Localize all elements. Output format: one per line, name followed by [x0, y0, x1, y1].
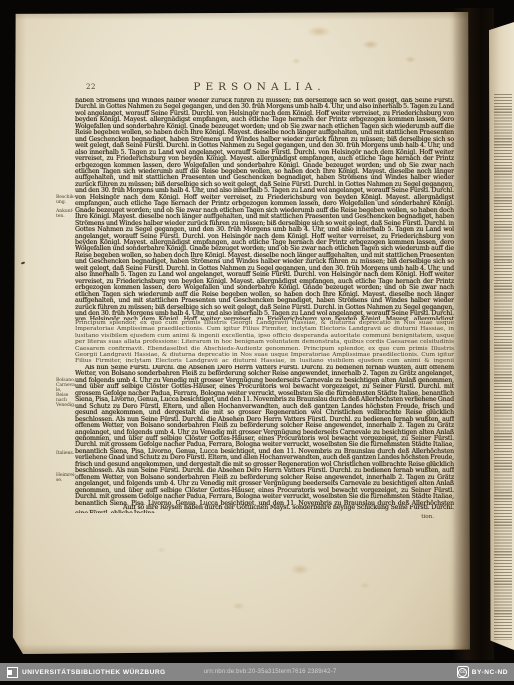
foxing-stain: [405, 56, 416, 63]
foxing-stain: [292, 58, 301, 64]
scan-page: 22 PERSONALIA. haben Strömens und Windes…: [12, 12, 470, 654]
urn-label: urn:nbn:de:bvb:20-35a315term7616 2389/42…: [13, 663, 514, 681]
text-block: haben Strömens und Windes halber wieder …: [75, 98, 454, 513]
facing-page-sliver: [489, 22, 514, 650]
license-label: BY-NC-ND: [472, 669, 508, 676]
page-edge-shadow-top: [12, 12, 470, 20]
sliver-text-lines: [494, 94, 512, 640]
margin-note: Heimrei- se.: [56, 474, 74, 484]
foxing-stain: [232, 602, 245, 610]
license-badge: CC BY-NC-ND: [457, 663, 508, 681]
body-paragraph-1: haben Strömens und Windes halber wieder …: [75, 98, 454, 320]
closing-line: Auff so ihre Reysen haben durch der Gött…: [75, 505, 454, 513]
foxing-stain: [362, 40, 379, 49]
viewer-bar: UNIVERSITÄTSBIBLIOTHEK WÜRZBURG urn:nbn:…: [0, 663, 514, 681]
margin-note: Italiens.: [56, 452, 74, 457]
foxing-stain: [360, 582, 370, 589]
running-title: PERSONALIA.: [67, 81, 452, 93]
catchword: tion.: [342, 514, 434, 520]
cc-license-icon: CC: [457, 666, 469, 678]
margin-notes: Beschik- ung.Ankunf- ten.Bolsano, Carnev…: [56, 12, 74, 654]
margin-note: Beschik- ung.: [56, 196, 74, 206]
page-edge-shadow-left: [12, 12, 26, 654]
foxing-stain: [307, 26, 331, 37]
foxing-stain: [290, 564, 310, 575]
body-paragraph-2: Als nun Seine Fürstl. Durchl. die Absehe…: [75, 365, 454, 505]
margin-note: Bolsano, Carneva- le, Reise nach Venedig…: [56, 379, 74, 408]
gutter-shadow: [452, 8, 494, 660]
foxing-stain: [157, 547, 166, 553]
margin-note: Ankunf- ten.: [56, 210, 74, 220]
page-edge-shadow-bottom: [12, 644, 470, 654]
latin-passage: Principum splendor, ex quo cum primis Il…: [75, 320, 454, 365]
